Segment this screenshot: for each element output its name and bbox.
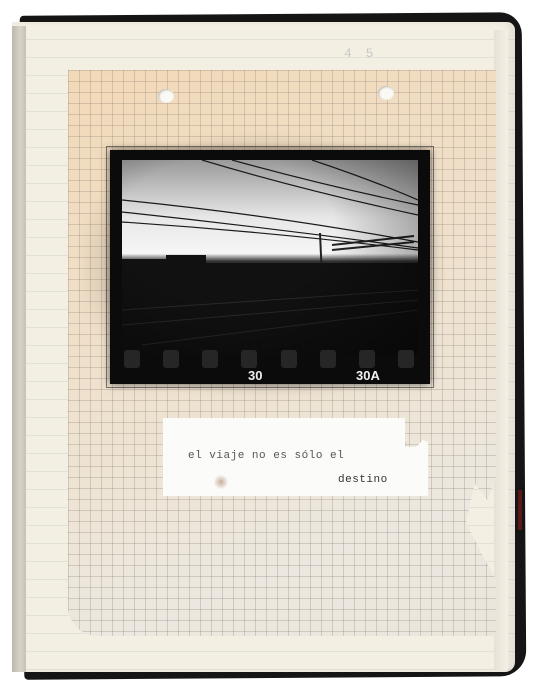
sprocket-hole <box>202 350 218 368</box>
sprocket-hole <box>359 350 375 368</box>
sprocket-hole <box>124 350 140 368</box>
caption-line-1: el viaje no es sólo el <box>188 450 344 462</box>
frame-number: 30A <box>356 368 380 383</box>
notebook-spine <box>12 26 26 672</box>
film-photo: 30 30A <box>110 150 430 384</box>
sprocket-hole <box>398 350 414 368</box>
ink-stain <box>214 474 228 490</box>
caption-line-2: destino <box>338 474 388 486</box>
cover-red-mark <box>518 490 522 530</box>
film-sprocket-holes <box>124 350 414 370</box>
page-edge <box>494 30 508 670</box>
sprocket-hole <box>320 350 336 368</box>
power-lines-illustration <box>122 160 418 355</box>
ghost-marking: 4 5 <box>344 46 376 61</box>
sprocket-hole <box>241 350 257 368</box>
frame-number: 30 <box>248 368 262 383</box>
punch-hole-right <box>378 86 394 100</box>
photo-image <box>122 160 418 355</box>
sprocket-hole <box>163 350 179 368</box>
punch-hole-left <box>158 89 174 103</box>
sprocket-hole <box>281 350 297 368</box>
caption-label-tail <box>330 440 428 496</box>
